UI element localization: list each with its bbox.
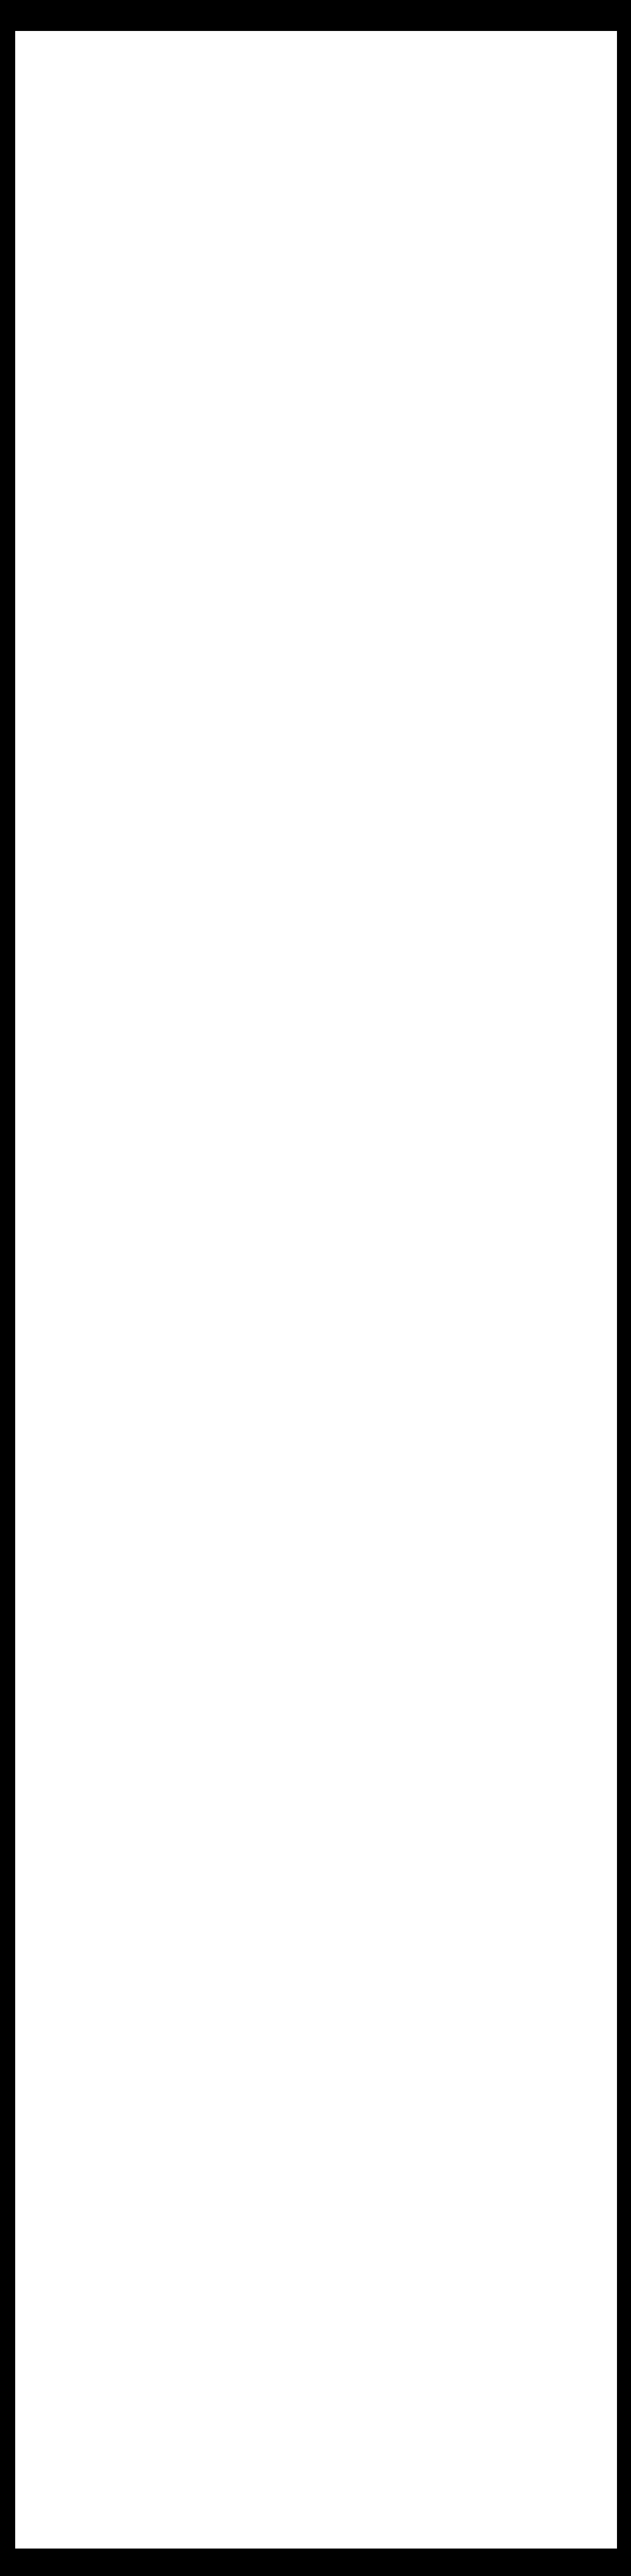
document-page: [15, 31, 617, 2549]
